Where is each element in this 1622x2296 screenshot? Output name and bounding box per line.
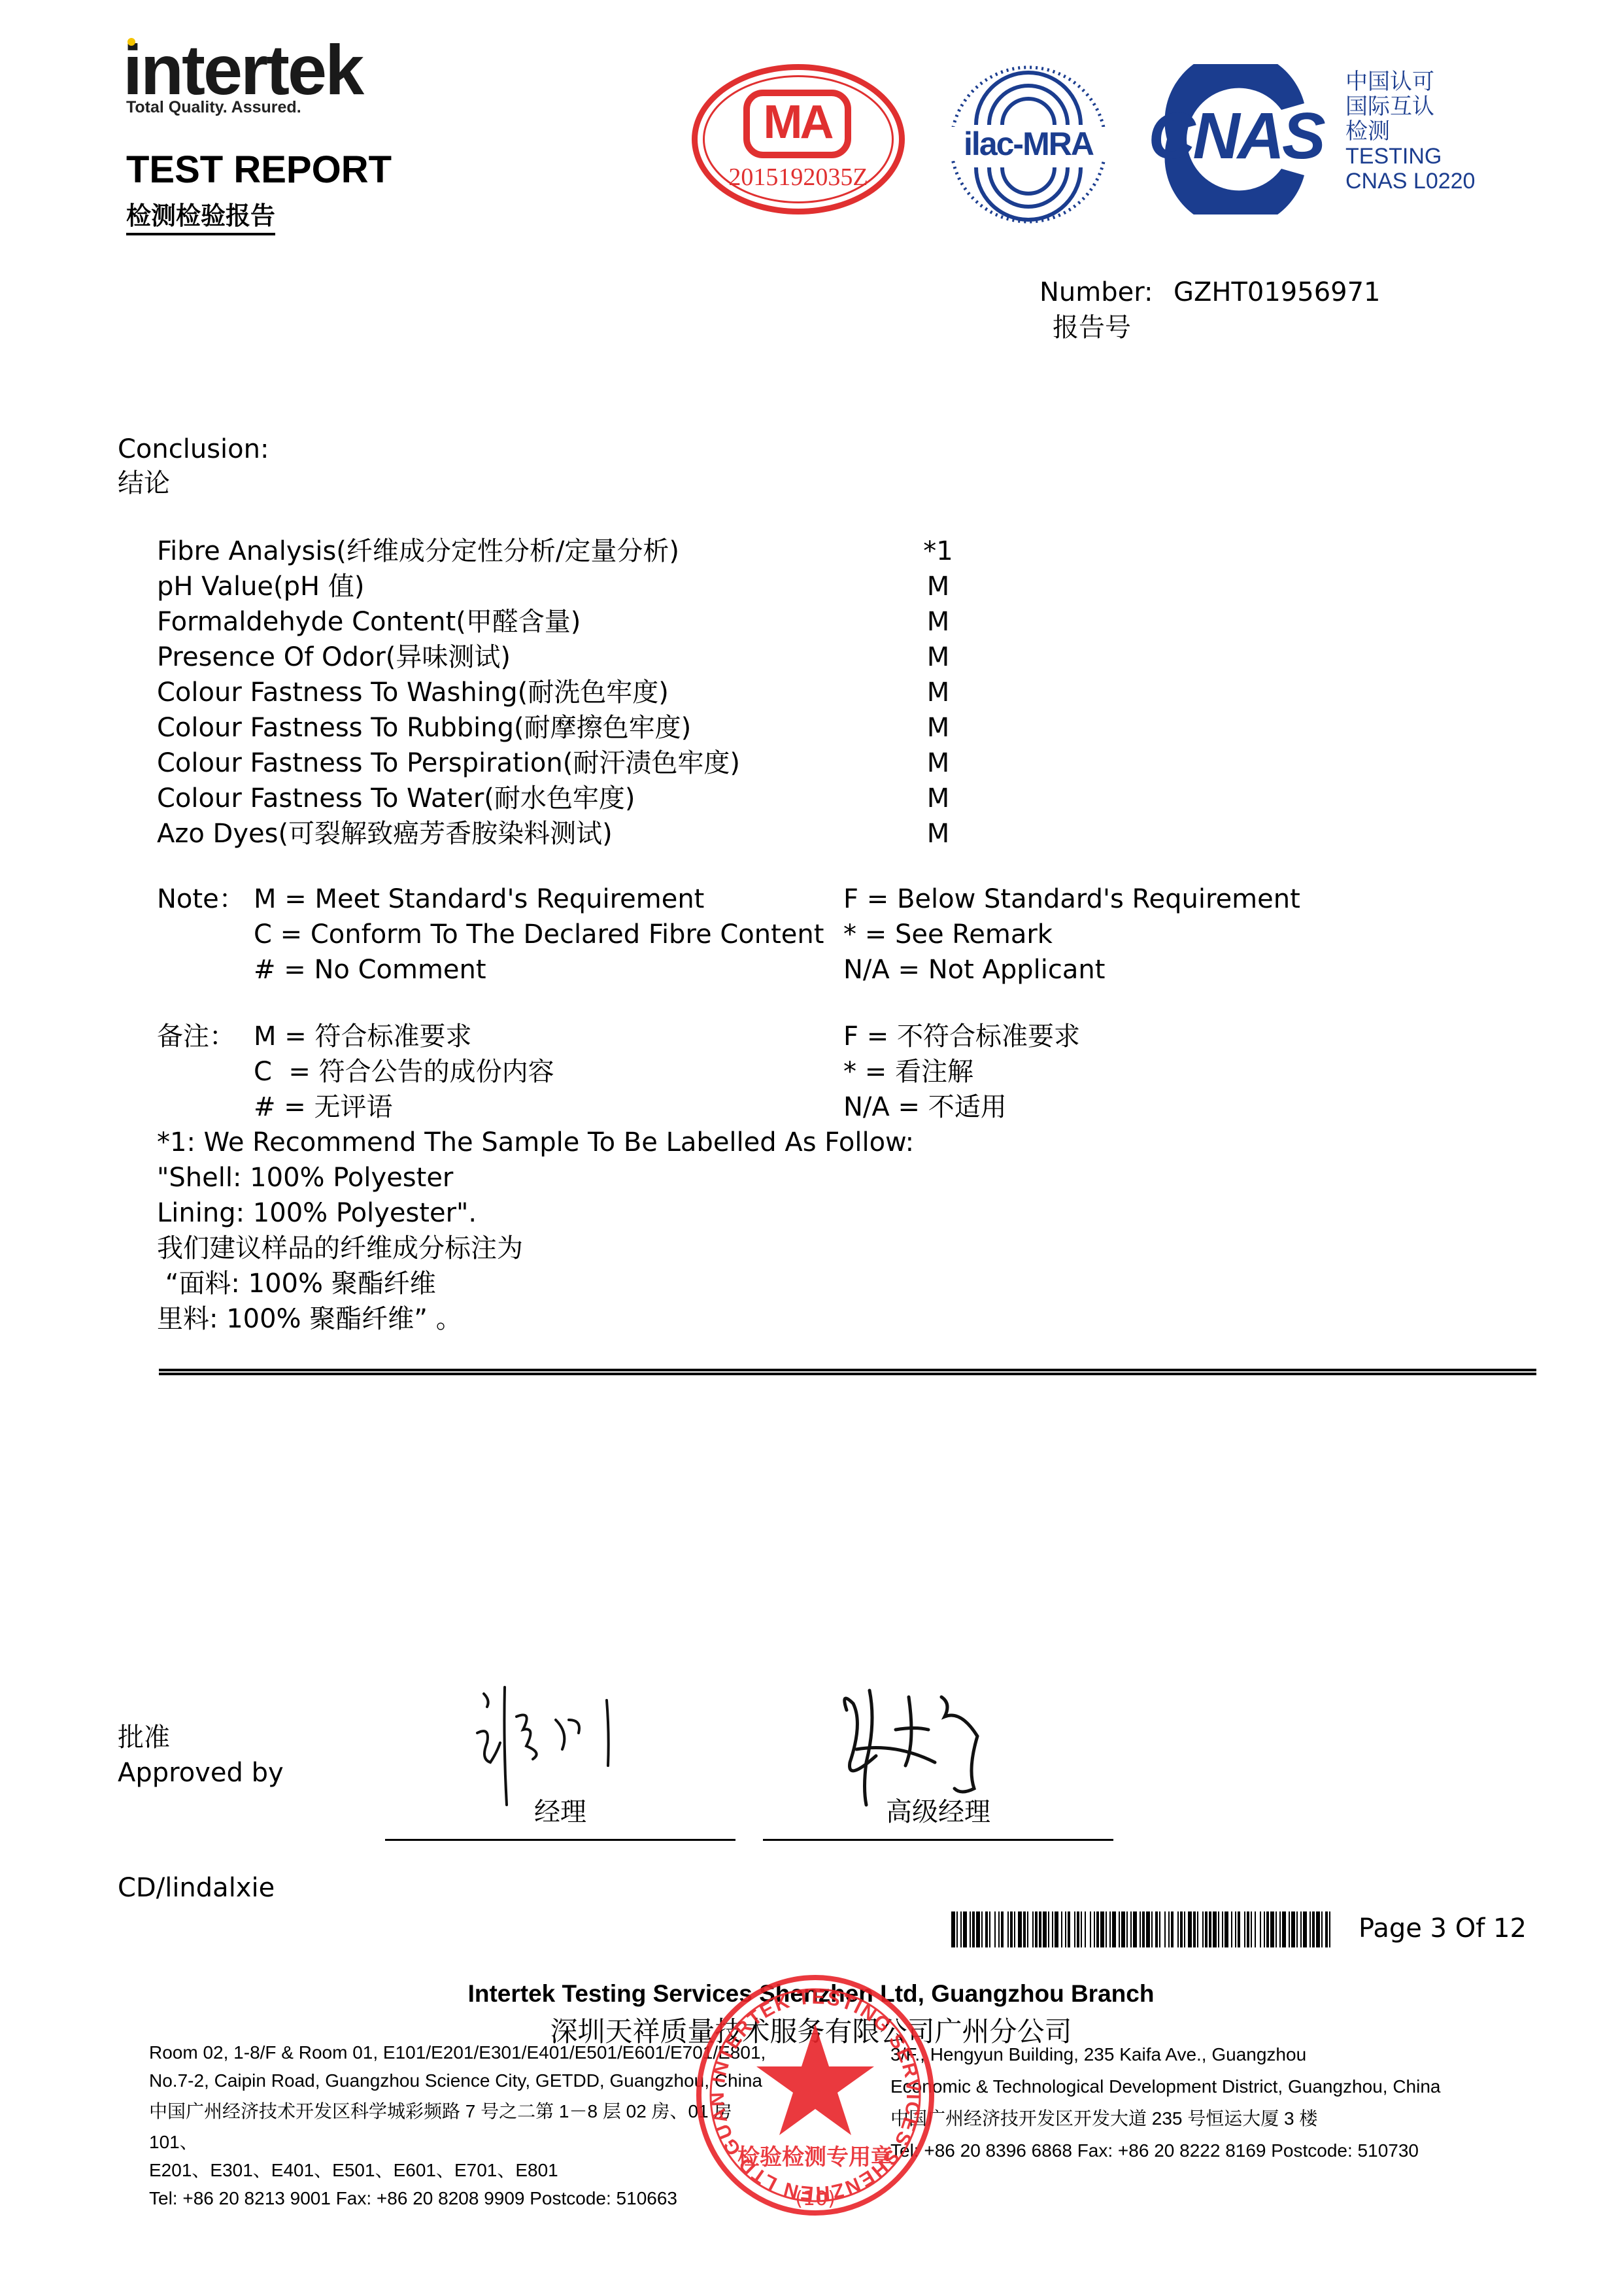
address-line: No.7-2, Caipin Road, Guangzhou Science C… <box>149 2066 766 2095</box>
note-item: N/A = Not Applicant <box>843 952 1105 987</box>
prepared-by: CD/lindalxie <box>118 1870 275 1906</box>
cnas-accreditation-text: 中国认可 国际互认 检测 TESTING CNAS L0220 <box>1345 69 1475 194</box>
note-item-zh: N/A = 不适用 <box>843 1089 1007 1125</box>
result-item: Colour Fastness To Rubbing(耐摩擦色牢度) <box>157 710 691 745</box>
result-item: Azo Dyes(可裂解致癌芳香胺染料测试) <box>157 816 613 851</box>
result-item: pH Value(pH 值) <box>157 569 364 604</box>
report-barcode <box>951 1911 1330 1947</box>
result-item: Colour Fastness To Washing(耐洗色牢度) <box>157 675 669 710</box>
result-value: M <box>919 710 958 745</box>
conclusion-heading-zh: 结论 <box>118 466 170 501</box>
address-line: Economic & Technological Development Dis… <box>890 2070 1440 2102</box>
conclusion-heading: Conclusion: <box>118 432 269 467</box>
result-value: M <box>919 816 958 851</box>
approved-by-label-zh: 批准 <box>118 1720 170 1755</box>
address-line: Room 02, 1-8/F & Room 01, E101/E201/E301… <box>149 2038 766 2066</box>
note-item: M = Meet Standard's Requirement <box>254 882 704 917</box>
note-item: C = Conform To The Declared Fibre Conten… <box>254 917 824 952</box>
note-item: # = No Comment <box>254 952 486 987</box>
cma-number: 2015192035Z <box>698 163 899 192</box>
remark-line: Lining: 100% Polyester". <box>157 1195 477 1231</box>
note-item-zh: M = 符合标准要求 <box>254 1019 471 1054</box>
signature-line <box>763 1839 1113 1841</box>
note-label-zh: 备注： <box>157 1019 235 1054</box>
manager-signature <box>471 1681 654 1811</box>
page-number: Page 3 Of 12 <box>1359 1911 1527 1946</box>
cma-logo: MA <box>743 90 851 158</box>
signatory-title: 高级经理 <box>763 1794 1113 1830</box>
svg-text:(10): (10) <box>795 2187 836 2210</box>
cnas-line: 中国认可 <box>1345 69 1475 94</box>
address-line: E201、E301、E401、E501、E601、E701、E801 <box>149 2156 766 2184</box>
result-item: Fibre Analysis(纤维成分定性分析/定量分析) <box>157 534 679 569</box>
cnas-mark: CNAS <box>1141 64 1330 214</box>
official-seal-stamp: INTERTEK TESTING SERVICES SHENZHEN LTD G… <box>695 1975 936 2216</box>
remark-line: 我们建议样品的纤维成分标注为 <box>157 1231 523 1266</box>
ilac-mra-mark: ilac-MRA <box>947 63 1110 226</box>
address-line: 3/F., Hengyun Building, 235 Kaifa Ave., … <box>890 2038 1440 2070</box>
svg-text:检验检测专用章: 检验检测专用章 <box>737 2144 893 2170</box>
report-number-label: Number: <box>1039 275 1153 310</box>
note-item-zh: F = 不符合标准要求 <box>843 1019 1080 1054</box>
cnas-line: CNAS L0220 <box>1345 169 1475 194</box>
address-line: Tel: +86 20 8396 6868 Fax: +86 20 8222 8… <box>890 2134 1440 2167</box>
note-item-zh: C = 符合公告的成份内容 <box>254 1054 554 1089</box>
result-value: M <box>919 745 958 781</box>
result-item: Colour Fastness To Water(耐水色牢度) <box>157 781 635 816</box>
approved-by-label: Approved by <box>118 1755 284 1791</box>
report-title: TEST REPORT <box>126 149 392 191</box>
address-line: Tel: +86 20 8213 9001 Fax: +86 20 8208 9… <box>149 2184 766 2212</box>
logo-tagline: Total Quality. Assured. <box>126 98 301 117</box>
remark-line: “面料: 100% 聚酯纤维 <box>157 1266 436 1301</box>
footer-address-right: 3/F., Hengyun Building, 235 Kaifa Ave., … <box>890 2038 1440 2167</box>
address-line: 101、 <box>149 2128 766 2156</box>
result-value: M <box>919 781 958 816</box>
signature-line <box>385 1839 735 1841</box>
remark-line: 里料: 100% 聚酯纤维” 。 <box>157 1301 462 1337</box>
note-item: * = See Remark <box>843 917 1053 952</box>
result-item: Presence Of Odor(异味测试) <box>157 640 511 675</box>
logo-dot-icon <box>127 38 135 46</box>
report-number-label-zh: 报告号 <box>1053 310 1131 345</box>
result-item: Formaldehyde Content(甲醛含量) <box>157 604 581 640</box>
result-value: M <box>919 675 958 710</box>
section-divider <box>159 1369 1536 1371</box>
cnas-line: 国际互认 <box>1345 94 1475 119</box>
report-number-value: GZHT01956971 <box>1174 275 1381 310</box>
intertek-logo: intertek <box>123 34 362 106</box>
note-label: Note： <box>157 882 245 917</box>
result-value: M <box>919 604 958 640</box>
address-line: 中国广州经济技术开发区科学城彩频路 7 号之二第 1－8 层 02 房、01 房 <box>149 2097 766 2125</box>
note-item-zh: # = 无评语 <box>254 1089 392 1125</box>
result-value: *1 <box>919 534 958 569</box>
result-value: M <box>919 640 958 675</box>
remark-line: "Shell: 100% Polyester <box>157 1160 453 1195</box>
report-title-zh: 检测检验报告 <box>126 201 275 235</box>
cma-certification-mark: MA 2015192035Z <box>692 64 905 214</box>
result-item: Colour Fastness To Perspiration(耐汗渍色牢度) <box>157 745 740 781</box>
note-item-zh: * = 看注解 <box>843 1054 973 1089</box>
ilac-mra-label: ilac-MRA <box>947 127 1110 161</box>
cnas-label: CNAS <box>1141 103 1330 169</box>
cnas-line: TESTING <box>1345 144 1475 169</box>
cnas-line: 检测 <box>1345 119 1475 144</box>
section-divider <box>159 1373 1536 1375</box>
footer-address-left: Room 02, 1-8/F & Room 01, E101/E201/E301… <box>149 2038 766 2212</box>
remark-line: *1: We Recommend The Sample To Be Labell… <box>157 1125 914 1160</box>
address-line: 中国广州经济技开发区开发大道 235 号恒运大厦 3 楼 <box>890 2102 1440 2134</box>
result-value: M <box>919 569 958 604</box>
note-item: F = Below Standard's Requirement <box>843 882 1300 917</box>
signatory-title: 经理 <box>385 1794 735 1830</box>
